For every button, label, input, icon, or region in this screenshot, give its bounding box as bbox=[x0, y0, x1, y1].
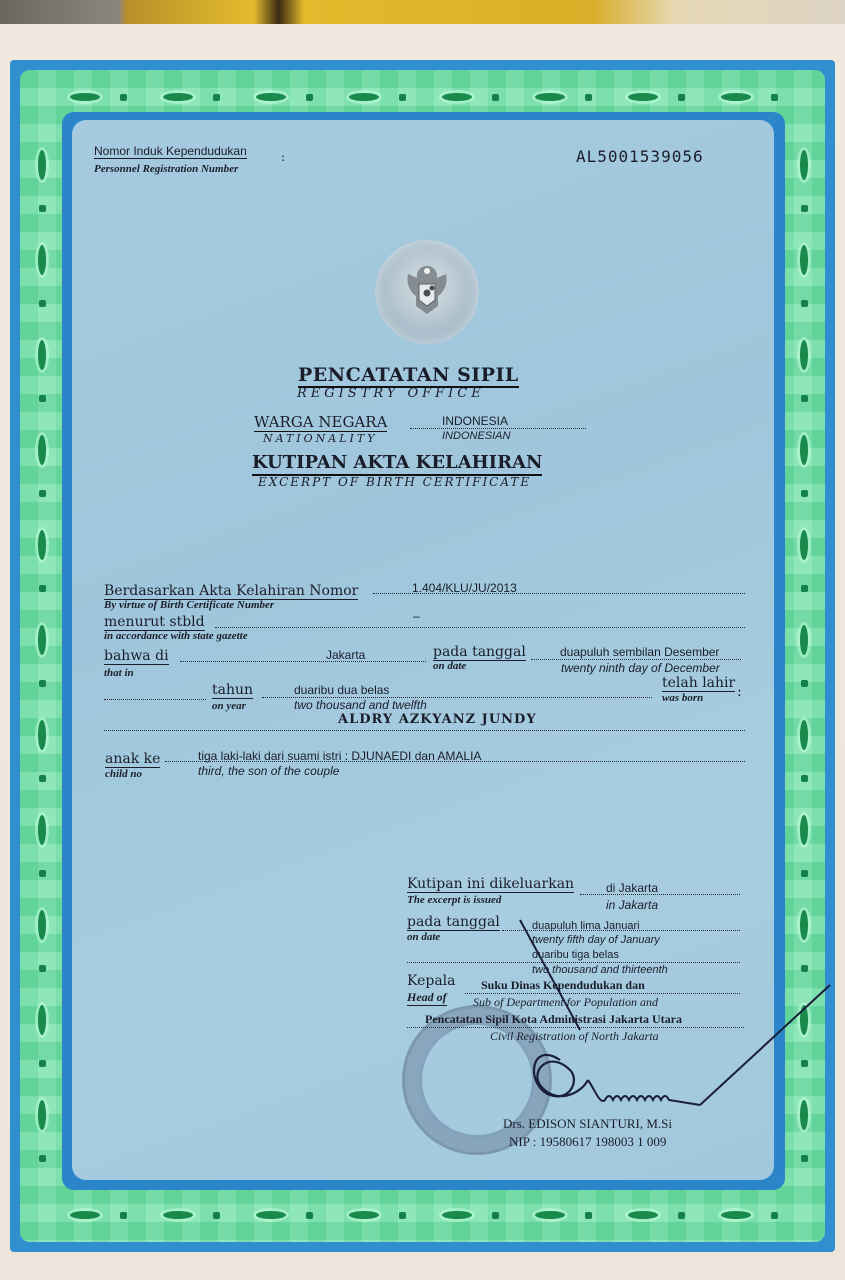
birth-place-label: bahwa di bbox=[104, 648, 169, 665]
registration-label-en: Personnel Registration Number bbox=[94, 163, 238, 175]
child-no-label-en: child no bbox=[105, 768, 142, 780]
border-ornament-icon bbox=[38, 530, 46, 560]
child-no-label: anak ke bbox=[105, 751, 160, 768]
certificate-title-en: EXCERPT OF BIRTH CERTIFICATE bbox=[258, 475, 531, 489]
border-ornament-icon bbox=[800, 530, 808, 560]
border-ornament-icon bbox=[399, 94, 406, 101]
border-ornament-icon bbox=[801, 490, 808, 497]
border-ornament-icon bbox=[70, 93, 100, 101]
stbld-dotted-line bbox=[215, 627, 745, 628]
border-ornament-icon bbox=[801, 300, 808, 307]
nationality-value: INDONESIA bbox=[442, 414, 508, 428]
border-ornament-icon bbox=[120, 1212, 127, 1219]
border-ornament-icon bbox=[801, 680, 808, 687]
border-ornament-icon bbox=[801, 1155, 808, 1162]
born-colon: : bbox=[737, 684, 742, 700]
border-ornament-icon bbox=[800, 245, 808, 275]
border-ornament-icon bbox=[39, 585, 46, 592]
birth-date-value: duapuluh sembilan Desember bbox=[560, 645, 719, 659]
signatory-name: Drs. EDISON SIANTURI, M.Si bbox=[503, 1116, 672, 1132]
issued-place-dotted-line bbox=[580, 894, 740, 895]
cert-number-label: Berdasarkan Akta Kelahiran Nomor bbox=[104, 583, 358, 600]
border-ornament-icon bbox=[38, 1100, 46, 1130]
border-ornament-icon bbox=[721, 1211, 751, 1219]
border-ornament-icon bbox=[39, 1060, 46, 1067]
border-ornament-icon bbox=[306, 94, 313, 101]
born-label: telah lahir bbox=[662, 675, 735, 692]
office-title-en: REGISTRY OFFICE bbox=[297, 386, 485, 401]
office-title: PENCATATAN SIPIL bbox=[298, 364, 519, 388]
border-ornament-icon bbox=[771, 94, 778, 101]
border-ornament-icon bbox=[442, 93, 472, 101]
border-ornament-icon bbox=[801, 870, 808, 877]
stbld-value: – bbox=[413, 609, 420, 623]
border-ornament-icon bbox=[213, 1212, 220, 1219]
registration-colon: : bbox=[281, 150, 285, 164]
border-ornament-icon bbox=[628, 1211, 658, 1219]
birth-year-label-en: on year bbox=[212, 700, 246, 712]
registration-number: AL5001539056 bbox=[576, 147, 704, 166]
registration-label: Nomor Induk Kependudukan bbox=[94, 144, 247, 159]
border-ornament-icon bbox=[38, 815, 46, 845]
border-ornament-icon bbox=[800, 150, 808, 180]
border-ornament-icon bbox=[38, 1005, 46, 1035]
border-ornament-icon bbox=[800, 340, 808, 370]
border-ornament-icon bbox=[801, 775, 808, 782]
border-ornament-icon bbox=[492, 1212, 499, 1219]
birth-place-value: Jakarta bbox=[326, 648, 365, 662]
border-ornament-icon bbox=[585, 94, 592, 101]
birth-place-dotted-line bbox=[180, 661, 426, 662]
border-ornament-icon bbox=[442, 1211, 472, 1219]
background-surface bbox=[0, 0, 845, 24]
border-ornament-icon bbox=[38, 435, 46, 465]
certificate-title: KUTIPAN AKTA KELAHIRAN bbox=[252, 452, 542, 476]
border-ornament-icon bbox=[120, 94, 127, 101]
birth-date-label: pada tanggal bbox=[433, 644, 526, 661]
border-ornament-icon bbox=[39, 1155, 46, 1162]
border-ornament-icon bbox=[800, 720, 808, 750]
stbld-label: menurut stbld bbox=[104, 614, 205, 631]
hologram-seal bbox=[375, 240, 479, 344]
nationality-dotted-line bbox=[410, 428, 586, 429]
cert-number-value: 1.404/KLU/JU/2013 bbox=[412, 581, 517, 595]
border-ornament-icon bbox=[801, 395, 808, 402]
nationality-value-en: INDONESIAN bbox=[442, 430, 510, 442]
border-ornament-icon bbox=[39, 395, 46, 402]
cert-number-label-en: By virtue of Birth Certificate Number bbox=[104, 599, 274, 611]
border-ornament-icon bbox=[38, 910, 46, 940]
border-ornament-icon bbox=[70, 1211, 100, 1219]
signature-icon bbox=[430, 910, 840, 1130]
border-ornament-icon bbox=[39, 490, 46, 497]
birth-date-dotted-line bbox=[531, 659, 741, 660]
border-ornament-icon bbox=[721, 93, 751, 101]
nationality-label: WARGA NEGARA bbox=[254, 414, 387, 432]
birth-date-value-en: twenty ninth day of December bbox=[561, 661, 720, 675]
birth-year-value: duaribu dua belas bbox=[294, 683, 389, 697]
border-ornament-icon bbox=[163, 93, 193, 101]
border-ornament-icon bbox=[678, 1212, 685, 1219]
border-ornament-icon bbox=[585, 1212, 592, 1219]
border-ornament-icon bbox=[39, 775, 46, 782]
border-ornament-icon bbox=[801, 205, 808, 212]
border-ornament-icon bbox=[38, 340, 46, 370]
border-ornament-icon bbox=[800, 815, 808, 845]
child-name-dotted-line bbox=[104, 730, 745, 731]
signatory-nip: NIP : 19580617 198003 1 009 bbox=[509, 1134, 666, 1150]
border-ornament-icon bbox=[399, 1212, 406, 1219]
issued-label-en: The excerpt is issued bbox=[407, 894, 501, 906]
border-ornament-icon bbox=[800, 435, 808, 465]
issued-place-value: di Jakarta bbox=[606, 881, 658, 895]
child-name: ALDRY AZKYANZ JUNDY bbox=[338, 712, 537, 727]
birth-year-label: tahun bbox=[212, 682, 253, 699]
stbld-label-en: in accordance with state gazette bbox=[104, 630, 248, 642]
birth-year-value-en: two thousand and twelfth bbox=[294, 698, 427, 712]
border-ornament-icon bbox=[349, 93, 379, 101]
border-ornament-icon bbox=[492, 94, 499, 101]
border-ornament-icon bbox=[535, 1211, 565, 1219]
border-ornament-icon bbox=[38, 625, 46, 655]
border-ornament-icon bbox=[801, 585, 808, 592]
border-ornament-icon bbox=[39, 300, 46, 307]
birth-date-label-en: on date bbox=[433, 660, 466, 672]
born-label-en: was born bbox=[662, 692, 703, 704]
border-ornament-icon bbox=[39, 870, 46, 877]
child-no-value: tiga laki-laki dari suami istri : DJUNAE… bbox=[198, 749, 481, 763]
birth-place-label-en: that in bbox=[104, 667, 134, 679]
border-ornament-icon bbox=[163, 1211, 193, 1219]
border-ornament-icon bbox=[256, 1211, 286, 1219]
issued-label: Kutipan ini dikeluarkan bbox=[407, 876, 574, 893]
border-ornament-icon bbox=[38, 150, 46, 180]
border-ornament-icon bbox=[771, 1212, 778, 1219]
border-ornament-icon bbox=[306, 1212, 313, 1219]
nationality-label-en: NATIONALITY bbox=[263, 432, 378, 445]
border-ornament-icon bbox=[38, 720, 46, 750]
border-ornament-icon bbox=[38, 245, 46, 275]
border-ornament-icon bbox=[800, 625, 808, 655]
border-ornament-icon bbox=[39, 965, 46, 972]
border-ornament-icon bbox=[256, 93, 286, 101]
border-ornament-icon bbox=[349, 1211, 379, 1219]
border-ornament-icon bbox=[213, 94, 220, 101]
border-ornament-icon bbox=[535, 93, 565, 101]
border-ornament-icon bbox=[628, 93, 658, 101]
child-no-value-en: third, the son of the couple bbox=[198, 764, 339, 778]
border-ornament-icon bbox=[678, 94, 685, 101]
border-ornament-icon bbox=[39, 680, 46, 687]
year-prefix-dotted-line bbox=[104, 699, 206, 700]
garuda-emblem-icon bbox=[402, 262, 452, 318]
border-ornament-icon bbox=[39, 205, 46, 212]
